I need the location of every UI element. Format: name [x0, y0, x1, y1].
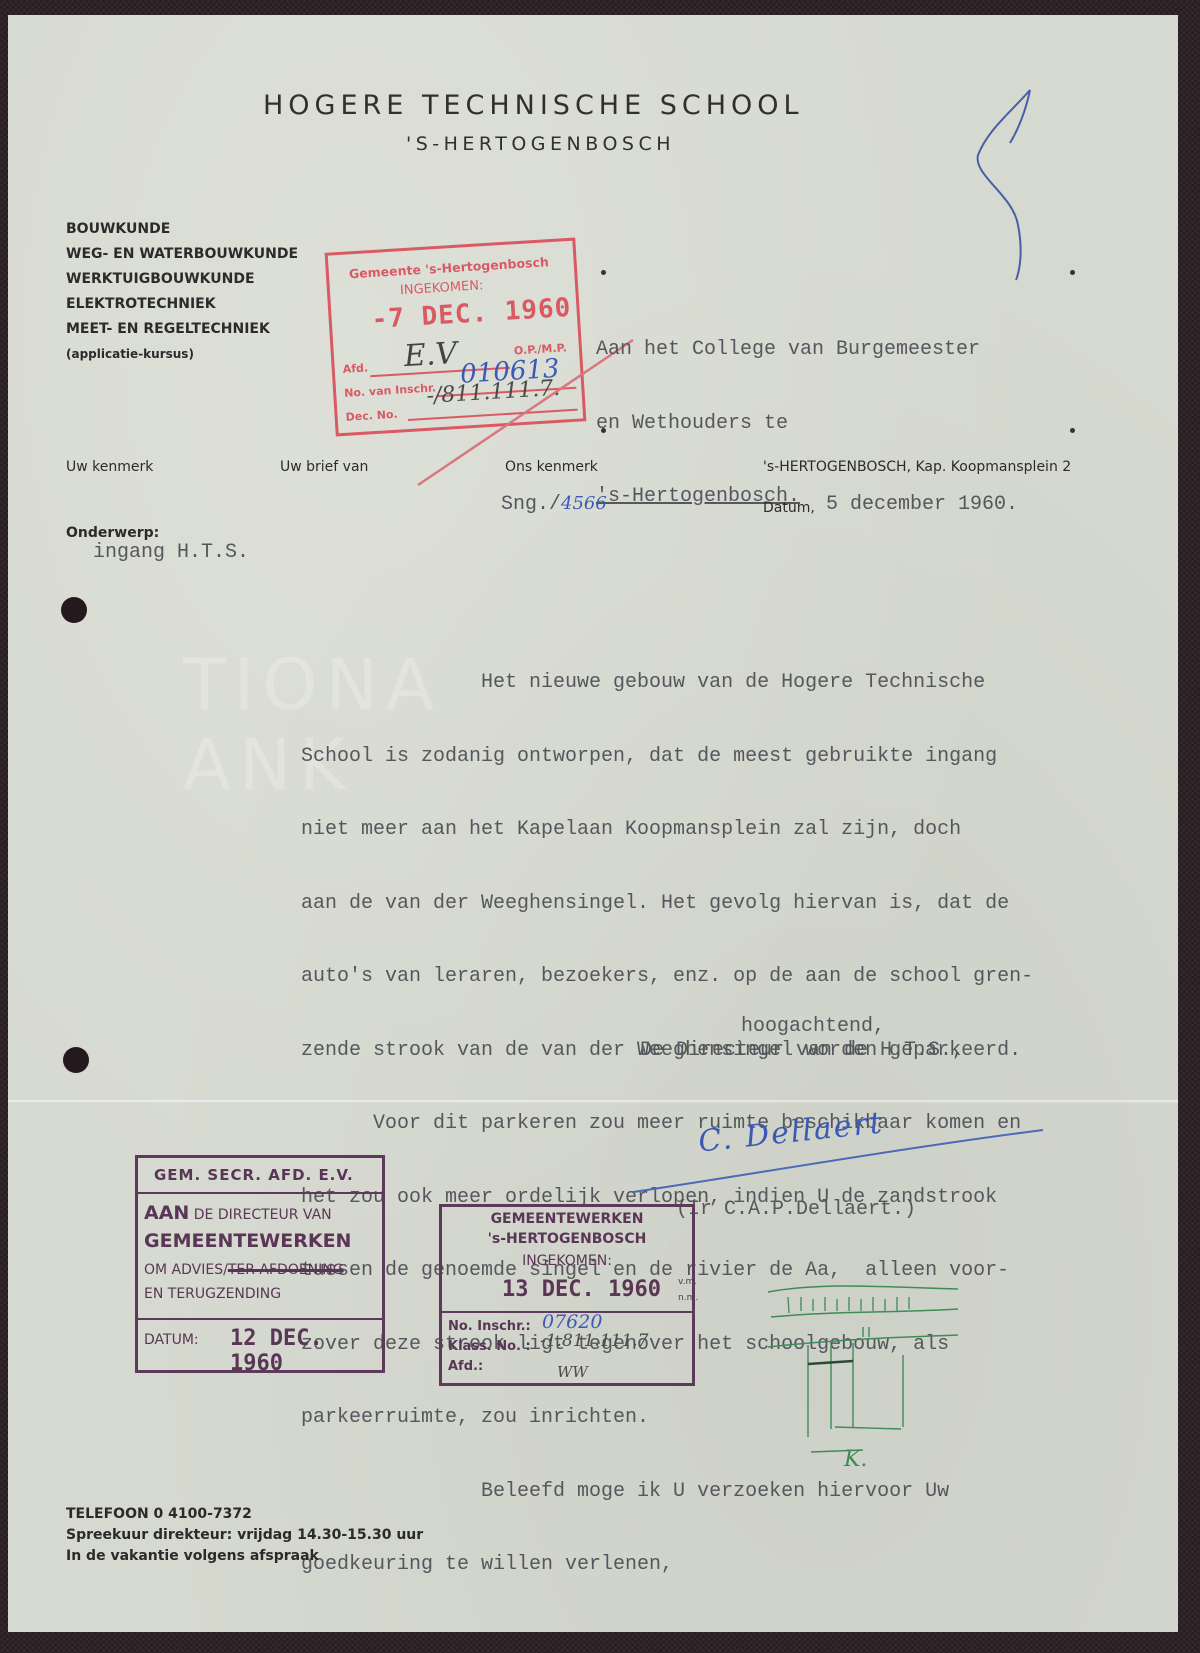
stamp-date: -7 DEC. 1960 [371, 293, 572, 335]
gw-inschr-value: 07620 [542, 1311, 602, 1333]
blue-pen-mark [968, 85, 1048, 285]
department-item: WERKTUIGBOUWKUNDE [66, 267, 298, 292]
secretarie-line1-rest: DE DIRECTEUR VAN [194, 1207, 332, 1223]
school-name: HOGERE TECHNISCHE SCHOOL [263, 90, 804, 121]
secretarie-line3-struck: TER AFDOENING [228, 1262, 344, 1278]
department-item: WEG- EN WATERBOUWKUNDE [66, 242, 298, 267]
footer-holiday: In de vakantie volgens afspraak [66, 1546, 423, 1567]
letterhead-footer: TELEFOON 0 4100-7372 Spreekuur direkteur… [66, 1504, 423, 1567]
gw-vm: v.m. [678, 1277, 697, 1287]
address-marker-dot [1070, 428, 1075, 433]
signature-underline [628, 1120, 1048, 1200]
secretarie-stamp: GEM. SECR. AFD. E.V. AAN DE DIRECTEUR VA… [135, 1155, 385, 1373]
secretarie-line3-kept: OM ADVIES/ [144, 1262, 228, 1278]
ons-kenmerk-handwritten: 4566 [561, 493, 607, 514]
ons-kenmerk-label: Ons kenmerk [505, 459, 598, 475]
closing-role: De Directeur van de H.T.S., [640, 1039, 964, 1062]
footer-phone: TELEFOON 0 4100-7372 [66, 1504, 423, 1525]
uw-kenmerk-label: Uw kenmerk [66, 459, 153, 475]
signatory-name: (Ir C.A.P.Dellaert.) [676, 1198, 916, 1221]
secretarie-aan: AAN [144, 1202, 189, 1224]
stamp-divider [138, 1192, 382, 1194]
gemeentewerken-stamp: GEMEENTEWERKEN 's-HERTOGENBOSCH INGEKOME… [439, 1204, 695, 1386]
secretarie-line1: AAN DE DIRECTEUR VAN [144, 1202, 332, 1224]
green-sketch [763, 1277, 963, 1447]
secretarie-line4: EN TERUGZENDING [144, 1286, 281, 1302]
address-marker-dot [1070, 270, 1075, 275]
datum-value: 5 december 1960. [826, 493, 1018, 516]
ons-kenmerk-typed: Sng./ [501, 493, 561, 516]
department-item: ELEKTROTECHNIEK [66, 292, 298, 317]
gw-line3: INGEKOMEN: [442, 1253, 692, 1269]
department-item: MEET- EN REGELTECHNIEK [66, 317, 298, 342]
gw-klass-value: -1.811.111.7 [540, 1331, 648, 1351]
school-city: 'S-HERTOGENBOSCH [406, 133, 675, 155]
addressee-line: Aan het College van Burgemeester [596, 338, 980, 363]
green-initial: K. [844, 1447, 867, 1472]
department-item: BOUWKUNDE [66, 217, 298, 242]
stamp-municipality: Gemeente 's-Hertogenbosch [348, 254, 549, 281]
subject-label: Onderwerp: [66, 525, 159, 541]
stamp-dec-label: Dec. No. [345, 408, 398, 424]
gw-afd-value: WW [557, 1363, 588, 1381]
body-line: aan de van der Weeghensingel. Het gevolg… [301, 892, 1033, 917]
uw-brief-label: Uw brief van [280, 459, 368, 475]
body-line: auto's van leraren, bezoekers, enz. op d… [301, 965, 1033, 990]
subject-value: ingang H.T.S. [93, 541, 249, 564]
addressee-block: Aan het College van Burgemeester en Weth… [596, 289, 980, 559]
gw-klass-label: Klass. No. : [448, 1339, 531, 1354]
closing-salutation: hoogachtend, [741, 1015, 885, 1038]
secretarie-header: GEM. SECR. AFD. E.V. [154, 1166, 354, 1184]
gw-afd-label: Afd.: [448, 1359, 483, 1374]
body-line: niet meer aan het Kapelaan Koopmansplein… [301, 818, 1033, 843]
secretarie-datum-label: DATUM: [144, 1332, 199, 1348]
stamp-received-label: INGEKOMEN: [400, 278, 484, 298]
body-line: Beleefd moge ik U verzoeken hiervoor Uw [301, 1480, 1033, 1505]
gw-line2: 's-HERTOGENBOSCH [442, 1231, 692, 1247]
ons-kenmerk-value: Sng./4566 [501, 493, 607, 516]
stamp-divider [138, 1318, 382, 1320]
stamp-afd-label: Afd. [342, 361, 368, 376]
secretarie-datum-value: 12 DEC. 1960 [230, 1326, 382, 1376]
secretarie-line2: GEMEENTEWERKEN [144, 1230, 351, 1252]
secretarie-line3: OM ADVIES/TER AFDOENING [144, 1262, 344, 1278]
address-marker-dot [601, 270, 606, 275]
punch-hole [63, 1047, 89, 1073]
gw-nm: n.m. [678, 1293, 698, 1303]
department-list: BOUWKUNDE WEG- EN WATERBOUWKUNDE WERKTUI… [66, 217, 298, 367]
gw-date: 13 DEC. 1960 [502, 1277, 661, 1302]
gw-line1: GEMEENTEWERKEN [442, 1211, 692, 1227]
body-line: School is zodanig ontworpen, dat de mees… [301, 745, 1033, 770]
addressee-line: en Wethouders te [596, 412, 980, 437]
gw-inschr-label: No. Inschr.: [448, 1319, 531, 1334]
sender-address: 's-HERTOGENBOSCH, Kap. Koopmansplein 2 [763, 459, 1071, 475]
footer-hours: Spreekuur direkteur: vrijdag 14.30-15.30… [66, 1525, 423, 1546]
department-item: (applicatie-kursus) [66, 342, 298, 367]
letter-paper: HOGERE TECHNISCHE SCHOOL 'S-HERTOGENBOSC… [8, 15, 1178, 1632]
datum-label: Datum, [763, 500, 815, 516]
punch-hole [61, 597, 87, 623]
body-line: Het nieuwe gebouw van de Hogere Technisc… [301, 671, 1033, 696]
